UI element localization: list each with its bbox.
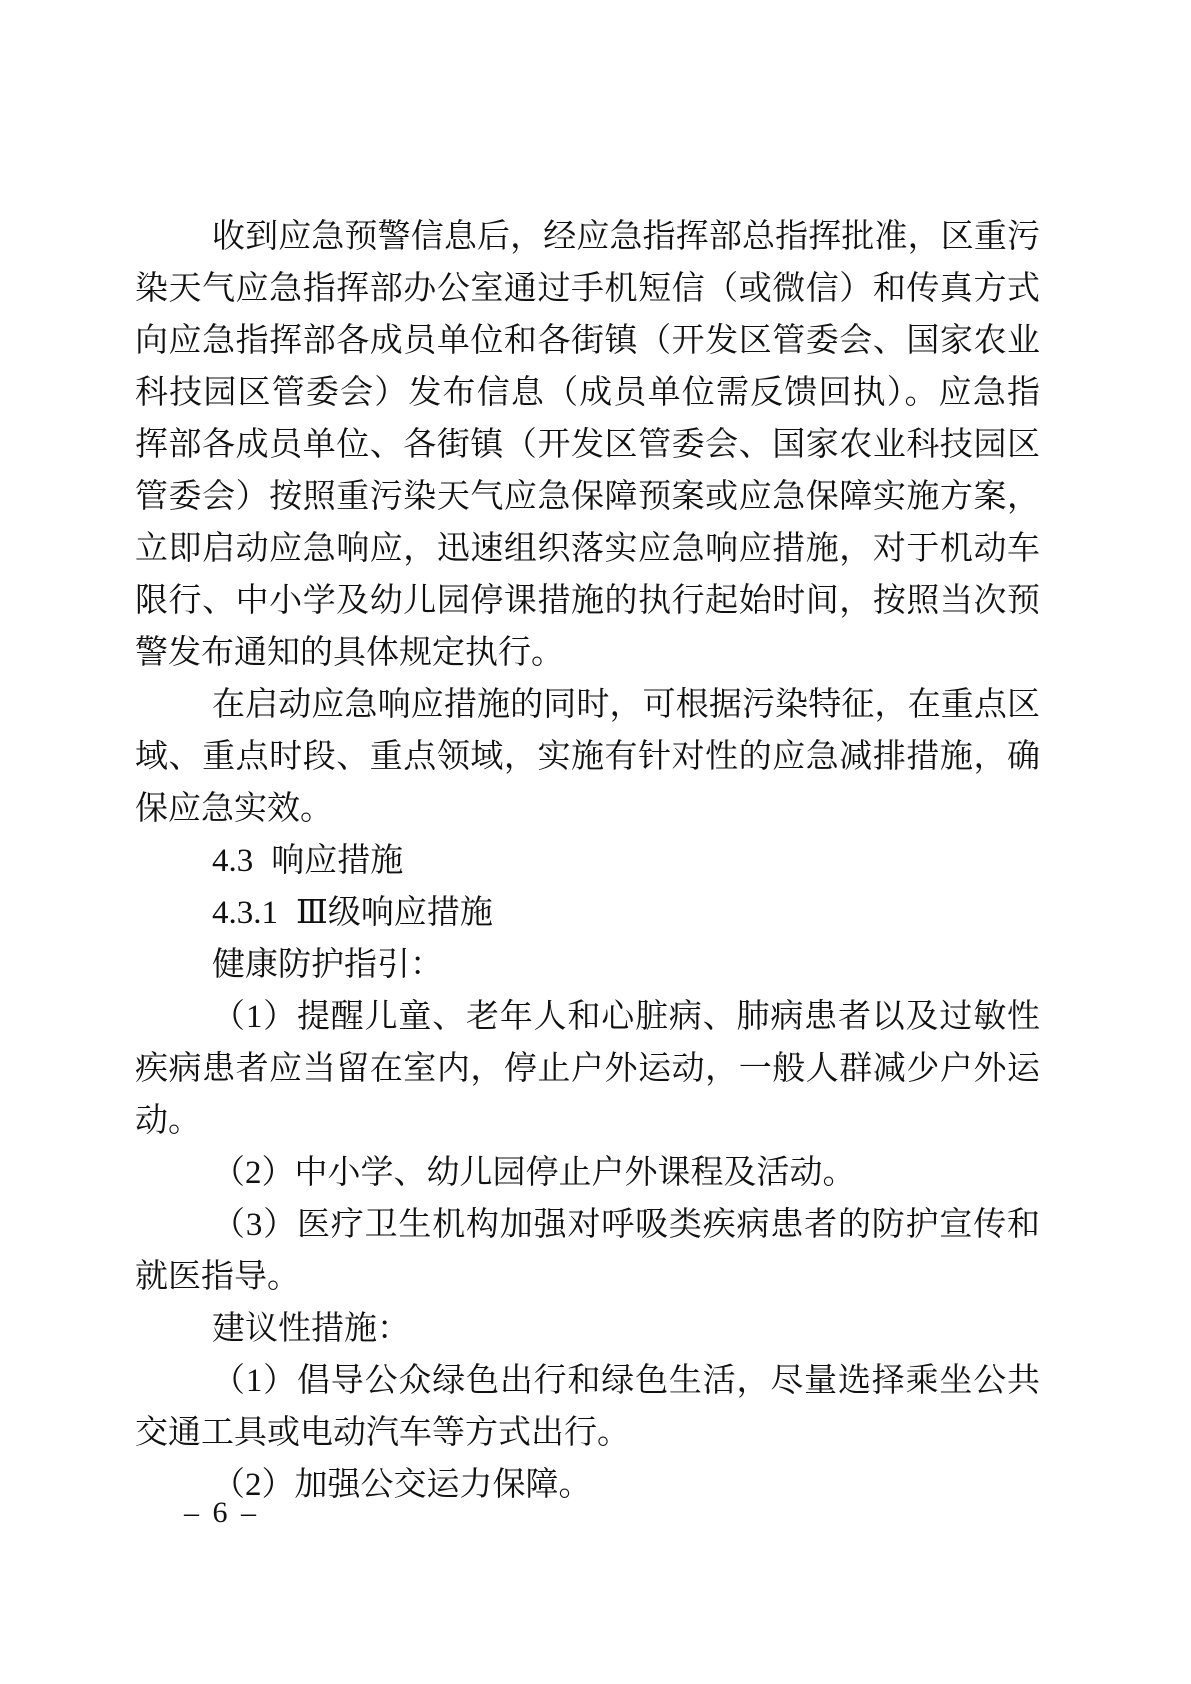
paragraph-health-item-1: （1）提醒儿童、老年人和心脏病、肺病患者以及过敏性疾病患者应当留在室内，停止户外… xyxy=(135,991,1040,1147)
paragraph-targeted-measures: 在启动应急响应措施的同时，可根据污染特征，在重点区域、重点时段、重点领域，实施有… xyxy=(135,679,1040,835)
heading-4-3: 4.3响应措施 xyxy=(135,835,1040,887)
paragraph-suggested-measures-label: 建议性措施： xyxy=(135,1303,1040,1355)
document-body: 收到应急预警信息后，经应急指挥部总指挥批准，区重污染天气应急指挥部办公室通过手机… xyxy=(135,211,1040,1511)
heading-title: Ⅲ级响应措施 xyxy=(296,895,493,931)
heading-number: 4.3.1 xyxy=(212,895,278,931)
paragraph-health-item-3: （3）医疗卫生机构加强对呼吸类疾病患者的防护宣传和就医指导。 xyxy=(135,1199,1040,1303)
paragraph-suggested-item-1: （1）倡导公众绿色出行和绿色生活，尽量选择乘坐公共交通工具或电动汽车等方式出行。 xyxy=(135,1355,1040,1459)
paragraph-health-item-2: （2）中小学、幼儿园停止户外课程及活动。 xyxy=(135,1147,1040,1199)
document-page: 收到应急预警信息后，经应急指挥部总指挥批准，区重污染天气应急指挥部办公室通过手机… xyxy=(0,0,1191,1684)
paragraph-notification-procedure: 收到应急预警信息后，经应急指挥部总指挥批准，区重污染天气应急指挥部办公室通过手机… xyxy=(135,211,1040,679)
paragraph-health-protection-label: 健康防护指引： xyxy=(135,939,1040,991)
heading-4-3-1: 4.3.1Ⅲ级响应措施 xyxy=(135,887,1040,939)
paragraph-suggested-item-2: （2）加强公交运力保障。 xyxy=(135,1459,1040,1511)
page-number: – 6 – xyxy=(184,1497,259,1529)
heading-number: 4.3 xyxy=(212,843,253,879)
heading-title: 响应措施 xyxy=(271,843,403,879)
